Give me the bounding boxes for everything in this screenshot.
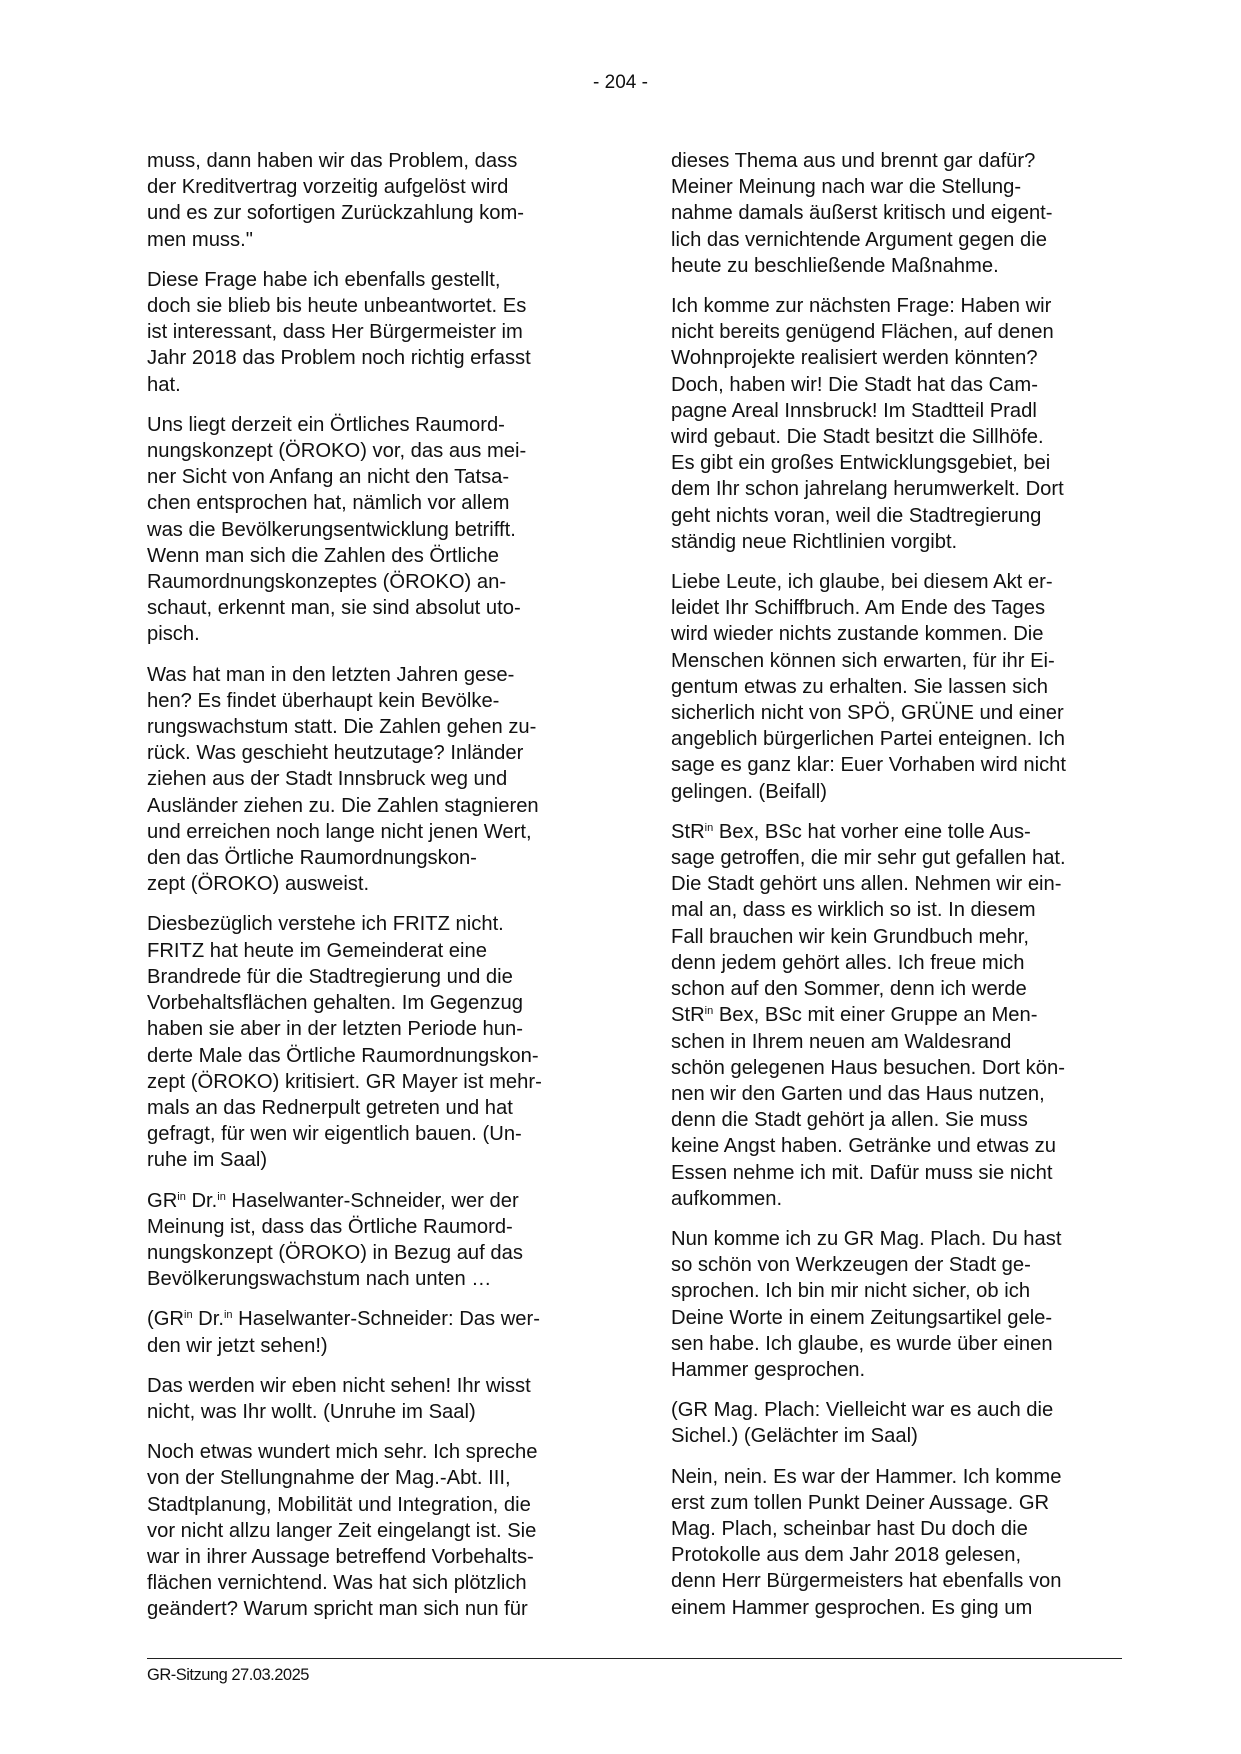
title-abbrev: (GR — [147, 1308, 184, 1330]
paragraph: Nun komme ich zu GR Mag. Plach. Du hast … — [671, 1226, 1126, 1383]
title-abbrev: StR — [671, 821, 705, 843]
title-abbrev: GR — [147, 1190, 177, 1212]
paragraph: Liebe Leute, ich glaube, bei diesem Akt … — [671, 569, 1126, 805]
footer-divider — [147, 1658, 1122, 1659]
title-abbrev: StR — [671, 1004, 705, 1026]
gender-suffix: in — [177, 1191, 186, 1203]
paragraph-text: Bex, BSc mit einer Gruppe an Men- schen … — [671, 1004, 1065, 1209]
paragraph: Diese Frage habe ich ebenfalls gestellt,… — [147, 267, 597, 398]
paragraph: Diesbezüglich verstehe ich FRITZ nicht. … — [147, 911, 597, 1173]
paragraph-speaker-address: StRin Bex, BSc hat vorher eine tolle Aus… — [671, 819, 1126, 1212]
paragraph: muss, dann haben wir das Problem, dass d… — [147, 148, 597, 253]
paragraph: Das werden wir eben nicht sehen! Ihr wis… — [147, 1373, 597, 1425]
gender-suffix: in — [217, 1191, 226, 1203]
title-abbrev: Dr. — [186, 1190, 217, 1212]
gender-suffix: in — [224, 1309, 233, 1321]
paragraph-text: Bex, BSc hat vorher eine tolle Aus- sage… — [671, 821, 1066, 1000]
gender-suffix: in — [705, 1005, 714, 1017]
title-abbrev: Dr. — [193, 1308, 224, 1330]
paragraph: Nein, nein. Es war der Hammer. Ich komme… — [671, 1464, 1126, 1621]
paragraph-interjection: (GR Mag. Plach: Vielleicht war es auch d… — [671, 1397, 1126, 1449]
paragraph: Uns liegt derzeit ein Örtliches Raumord-… — [147, 412, 597, 648]
footer-session-date: GR-Sitzung 27.03.2025 — [147, 1666, 309, 1685]
paragraph: Ich komme zur nächsten Frage: Haben wir … — [671, 293, 1126, 555]
left-column: muss, dann haben wir das Problem, dass d… — [147, 148, 597, 1637]
paragraph-speaker-address: GRin Dr.in Haselwanter-Schneider, wer de… — [147, 1188, 597, 1293]
gender-suffix: in — [184, 1309, 193, 1321]
page-number: - 204 - — [0, 72, 1241, 94]
paragraph-interjection: (GRin Dr.in Haselwanter-Schneider: Das w… — [147, 1306, 597, 1358]
paragraph: dieses Thema aus und brennt gar dafür? M… — [671, 148, 1126, 279]
right-column: dieses Thema aus und brennt gar dafür? M… — [671, 148, 1126, 1635]
paragraph: Was hat man in den letzten Jahren gese- … — [147, 662, 597, 898]
paragraph: Noch etwas wundert mich sehr. Ich sprech… — [147, 1439, 597, 1622]
gender-suffix: in — [705, 822, 714, 834]
